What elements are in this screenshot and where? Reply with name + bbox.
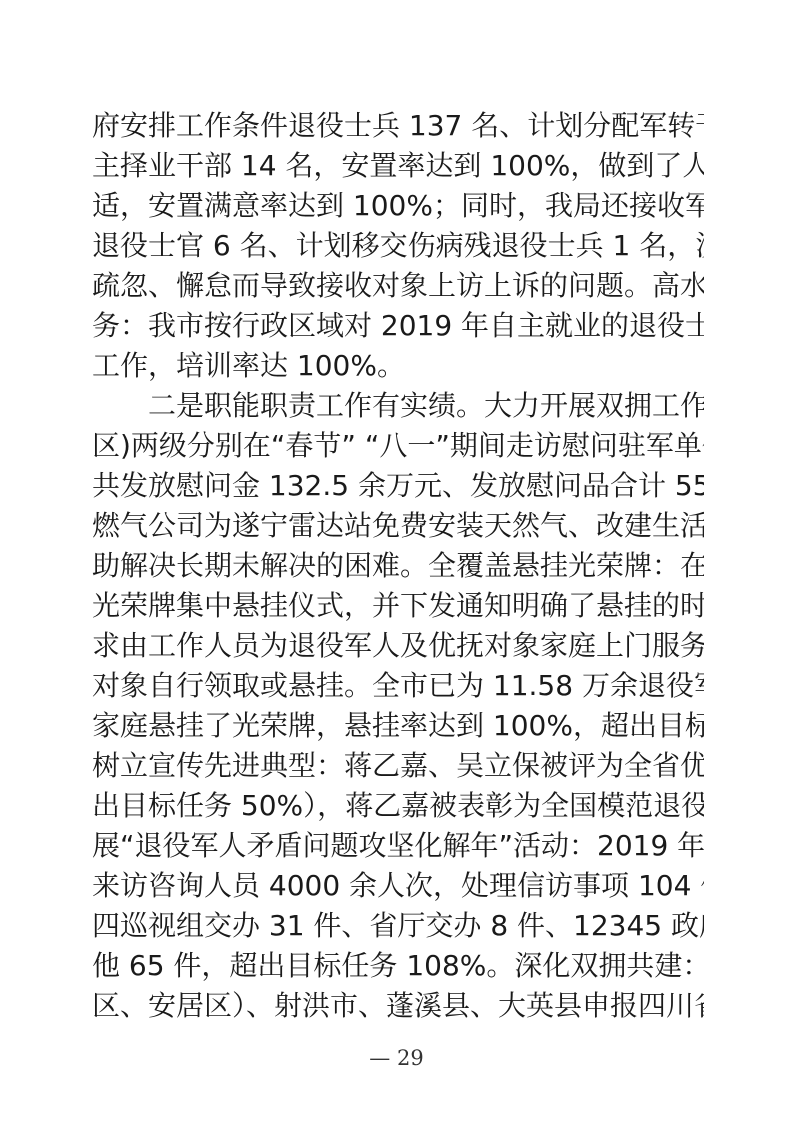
document-page: 府安排工作条件退役士兵 137 名、计划分配军转干部 29 名、自主择业干部 1…	[0, 0, 793, 1122]
text-line: 出目标任务 50%），蒋乙嘉被表彰为全国模范退役军人。扎实开	[92, 786, 704, 826]
text-line: 区、安居区）、射洪市、蓬溪县、大英县申报四川省第十一届双	[92, 986, 704, 1026]
text-line: 对象自行领取或悬挂。全市已为 11.58 万余退役军人及优抚对象	[92, 666, 704, 706]
text-line: 家庭悬挂了光荣牌，悬挂率达到 100%，超出目标任务 13.8%。	[92, 706, 704, 746]
text-line: 树立宣传先进典型：蒋乙嘉、吴立保被评为全省优秀退役军人（超	[92, 746, 704, 786]
text-line: 燃气公司为遂宁雷达站免费安装天然气、改建生活水蓄水池，帮	[92, 506, 704, 546]
text-line: 府安排工作条件退役士兵 137 名、计划分配军转干部 29 名、自	[92, 106, 704, 146]
text-line: 助解决长期未解决的困难。全覆盖悬挂光荣牌：在射洪市组织了	[92, 546, 704, 586]
text-line: 他 65 件，超出目标任务 108%。深化双拥共建：组织市（含船山	[92, 946, 704, 986]
text-line: 疏忽、懈怠而导致接收对象上访上诉的问题。高水平完成培训任	[92, 266, 704, 306]
text-line: 区)两级分别在“春节” “八一”期间走访慰问驻军单位 78 次、	[92, 426, 704, 466]
text-line: 主择业干部 14 名，安置率达到 100%，做到了人尽其才、人岗相	[92, 146, 704, 186]
text-line: 共发放慰问金 132.5 余万元、发放慰问品合计 55.6 余万元；协调	[92, 466, 704, 506]
text-line: 光荣牌集中悬挂仪式，并下发通知明确了悬挂的时间、标准，要	[92, 586, 704, 626]
page-number: — 29	[369, 1046, 423, 1070]
text-line: 求由工作人员为退役军人及优抚对象家庭上门服务，不允许服务	[92, 626, 704, 666]
document-body: 府安排工作条件退役士兵 137 名、计划分配军转干部 29 名、自主择业干部 1…	[92, 106, 704, 1026]
text-line: 四巡视组交办 31 件、省厅交办 8 件、12345 政府效能热线及其	[92, 906, 704, 946]
text-line: 务：我市按行政区域对 2019 年自主就业的退役士兵开展了培训	[92, 306, 704, 346]
text-line: 来访咨询人员 4000 余人次，处理信访事项 104 件，其中省委第	[92, 866, 704, 906]
text-line: 工作，培训率达 100%。	[92, 346, 704, 386]
page-footer: — 29	[0, 1043, 793, 1073]
text-line: 退役士官 6 名、计划移交伤病残退役士兵 1 名，没有出现因工作	[92, 226, 704, 266]
text-line: 二是职能职责工作有实绩。大力开展双拥工作：市、县（市、	[92, 386, 704, 426]
text-line: 展“退役军人矛盾问题攻坚化解年”活动：2019 年，共接待各类	[92, 826, 704, 866]
text-line: 适，安置满意率达到 100%；同时，我局还接收军队退休干部和	[92, 186, 704, 226]
